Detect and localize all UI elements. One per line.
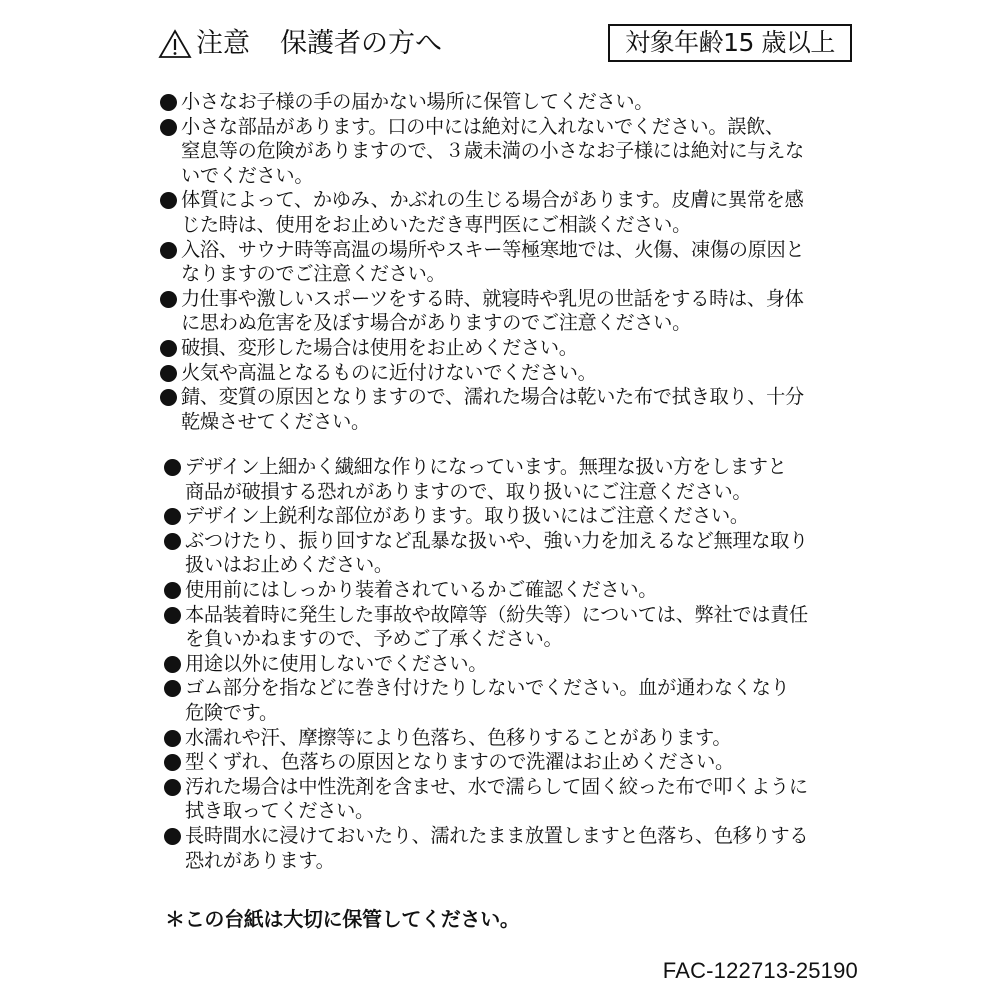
list-item: 使用前にはしっかり装着されているかご確認ください。 bbox=[164, 578, 874, 603]
header: 注意 保護者の方へ 対象年齢15 歳以上 bbox=[158, 22, 858, 68]
item-text-line: じた時は、使用をお止めいただき専門医にご相談ください。 bbox=[181, 213, 870, 238]
list-item: 力仕事や激しいスポーツをする時、就寝時や乳児の世話をする時は、身体に思わぬ危害を… bbox=[160, 287, 870, 336]
item-text-line: 水濡れや汗、摩擦等により色落ち、色移りすることがあります。 bbox=[185, 726, 874, 751]
bullet-icon bbox=[160, 291, 177, 308]
item-text-line: 用途以外に使用しないでください。 bbox=[185, 652, 874, 677]
item-text-line: 危険です。 bbox=[185, 701, 874, 726]
item-text-line: 破損、変形した場合は使用をお止めください。 bbox=[181, 336, 870, 361]
bullet-icon bbox=[164, 459, 181, 476]
warning-triangle-icon bbox=[158, 29, 192, 59]
item-text-line: 使用前にはしっかり装着されているかご確認ください。 bbox=[185, 578, 874, 603]
item-text-line: 小さなお子様の手の届かない場所に保管してください。 bbox=[181, 90, 870, 115]
list-item: 用途以外に使用しないでください。 bbox=[164, 652, 874, 677]
caution-list-1: 小さなお子様の手の届かない場所に保管してください。小さな部品があります。口の中に… bbox=[160, 90, 870, 434]
item-text-line: デザイン上鋭利な部位があります。取り扱いにはご注意ください。 bbox=[185, 504, 874, 529]
bullet-icon bbox=[160, 192, 177, 209]
list-item: 長時間水に浸けておいたり、濡れたまま放置しますと色落ち、色移りする恐れがあります… bbox=[164, 824, 874, 873]
list-item: 破損、変形した場合は使用をお止めください。 bbox=[160, 336, 870, 361]
product-code: FAC-122713-25190 bbox=[663, 958, 858, 984]
bullet-icon bbox=[164, 754, 181, 771]
item-text-line: 錆、変質の原因となりますので、濡れた場合は乾いた布で拭き取り、十分 bbox=[181, 385, 870, 410]
item-text-line: を負いかねますので、予めご了承ください。 bbox=[185, 627, 874, 652]
bullet-icon bbox=[160, 242, 177, 259]
item-text-line: 商品が破損する恐れがありますので、取り扱いにご注意ください。 bbox=[185, 480, 874, 505]
item-text-line: 汚れた場合は中性洗剤を含ませ、水で濡らして固く絞った布で叩くように bbox=[185, 775, 874, 800]
bullet-icon bbox=[160, 119, 177, 136]
item-text-line: 型くずれ、色落ちの原因となりますので洗濯はお止めください。 bbox=[185, 750, 874, 775]
bullet-icon bbox=[164, 680, 181, 697]
item-text-line: 体質によって、かゆみ、かぶれの生じる場合があります。皮膚に異常を感 bbox=[181, 188, 870, 213]
list-item: ゴム部分を指などに巻き付けたりしないでください。血が通わなくなり危険です。 bbox=[164, 676, 874, 725]
item-text-line: デザイン上細かく繊細な作りになっています。無理な扱い方をしますと bbox=[185, 455, 874, 480]
bullet-icon bbox=[164, 730, 181, 747]
item-text-line: 乾燥させてください。 bbox=[181, 410, 870, 435]
item-text-line: 窒息等の危険がありますので、３歳未満の小さなお子様には絶対に与えな bbox=[181, 139, 870, 164]
item-text-line: に思わぬ危害を及ぼす場合がありますのでご注意ください。 bbox=[181, 311, 870, 336]
item-text-line: なりますのでご注意ください。 bbox=[181, 262, 870, 287]
bullet-icon bbox=[164, 582, 181, 599]
item-text-line: 恐れがあります。 bbox=[185, 849, 874, 874]
list-item: 型くずれ、色落ちの原因となりますので洗濯はお止めください。 bbox=[164, 750, 874, 775]
list-item: 汚れた場合は中性洗剤を含ませ、水で濡らして固く絞った布で叩くように拭き取ってくだ… bbox=[164, 775, 874, 824]
item-text-line: 扱いはお止めください。 bbox=[185, 553, 874, 578]
bullet-icon bbox=[164, 607, 181, 624]
item-text-line: いでください。 bbox=[181, 164, 870, 189]
list-item: 火気や高温となるものに近付けないでください。 bbox=[160, 361, 870, 386]
bullet-icon bbox=[160, 340, 177, 357]
storage-note: ＊この台紙は大切に保管してください。 bbox=[165, 903, 520, 932]
bullet-icon bbox=[164, 828, 181, 845]
bullet-icon bbox=[164, 508, 181, 525]
item-text-line: ぶつけたり、振り回すなど乱暴な扱いや、強い力を加えるなど無理な取り bbox=[185, 529, 874, 554]
list-item: 錆、変質の原因となりますので、濡れた場合は乾いた布で拭き取り、十分乾燥させてくだ… bbox=[160, 385, 870, 434]
bullet-icon bbox=[164, 779, 181, 796]
list-item: 小さな部品があります。口の中には絶対に入れないでください。誤飲、窒息等の危険があ… bbox=[160, 115, 870, 189]
item-text-line: 力仕事や激しいスポーツをする時、就寝時や乳児の世話をする時は、身体 bbox=[181, 287, 870, 312]
page-title: 注意 保護者の方へ bbox=[158, 26, 442, 62]
list-item: 入浴、サウナ時等高温の場所やスキー等極寒地では、火傷、凍傷の原因となりますのでご… bbox=[160, 238, 870, 287]
list-item: 小さなお子様の手の届かない場所に保管してください。 bbox=[160, 90, 870, 115]
item-text-line: 長時間水に浸けておいたり、濡れたまま放置しますと色落ち、色移りする bbox=[185, 824, 874, 849]
item-text-line: 火気や高温となるものに近付けないでください。 bbox=[181, 361, 870, 386]
item-text-line: 入浴、サウナ時等高温の場所やスキー等極寒地では、火傷、凍傷の原因と bbox=[181, 238, 870, 263]
title-caution: 注意 bbox=[196, 26, 250, 62]
item-text-line: 本品装着時に発生した事故や故障等（紛失等）については、弊社では責任 bbox=[185, 603, 874, 628]
item-text-line: ゴム部分を指などに巻き付けたりしないでください。血が通わなくなり bbox=[185, 676, 874, 701]
bullet-icon bbox=[160, 389, 177, 406]
list-item: 体質によって、かゆみ、かぶれの生じる場合があります。皮膚に異常を感じた時は、使用… bbox=[160, 188, 870, 237]
list-item: デザイン上鋭利な部位があります。取り扱いにはご注意ください。 bbox=[164, 504, 874, 529]
bullet-icon bbox=[160, 94, 177, 111]
list-item: デザイン上細かく繊細な作りになっています。無理な扱い方をしますと商品が破損する恐… bbox=[164, 455, 874, 504]
bullet-icon bbox=[164, 656, 181, 673]
list-item: 本品装着時に発生した事故や故障等（紛失等）については、弊社では責任を負いかねます… bbox=[164, 603, 874, 652]
age-rating-badge: 対象年齢15 歳以上 bbox=[608, 24, 852, 62]
list-item: ぶつけたり、振り回すなど乱暴な扱いや、強い力を加えるなど無理な取り扱いはお止めく… bbox=[164, 529, 874, 578]
title-guardians: 保護者の方へ bbox=[280, 26, 442, 62]
bullet-icon bbox=[160, 365, 177, 382]
bullet-icon bbox=[164, 533, 181, 550]
list-item: 水濡れや汗、摩擦等により色落ち、色移りすることがあります。 bbox=[164, 726, 874, 751]
caution-list-2: デザイン上細かく繊細な作りになっています。無理な扱い方をしますと商品が破損する恐… bbox=[164, 455, 874, 873]
item-text-line: 拭き取ってください。 bbox=[185, 799, 874, 824]
item-text-line: 小さな部品があります。口の中には絶対に入れないでください。誤飲、 bbox=[181, 115, 870, 140]
